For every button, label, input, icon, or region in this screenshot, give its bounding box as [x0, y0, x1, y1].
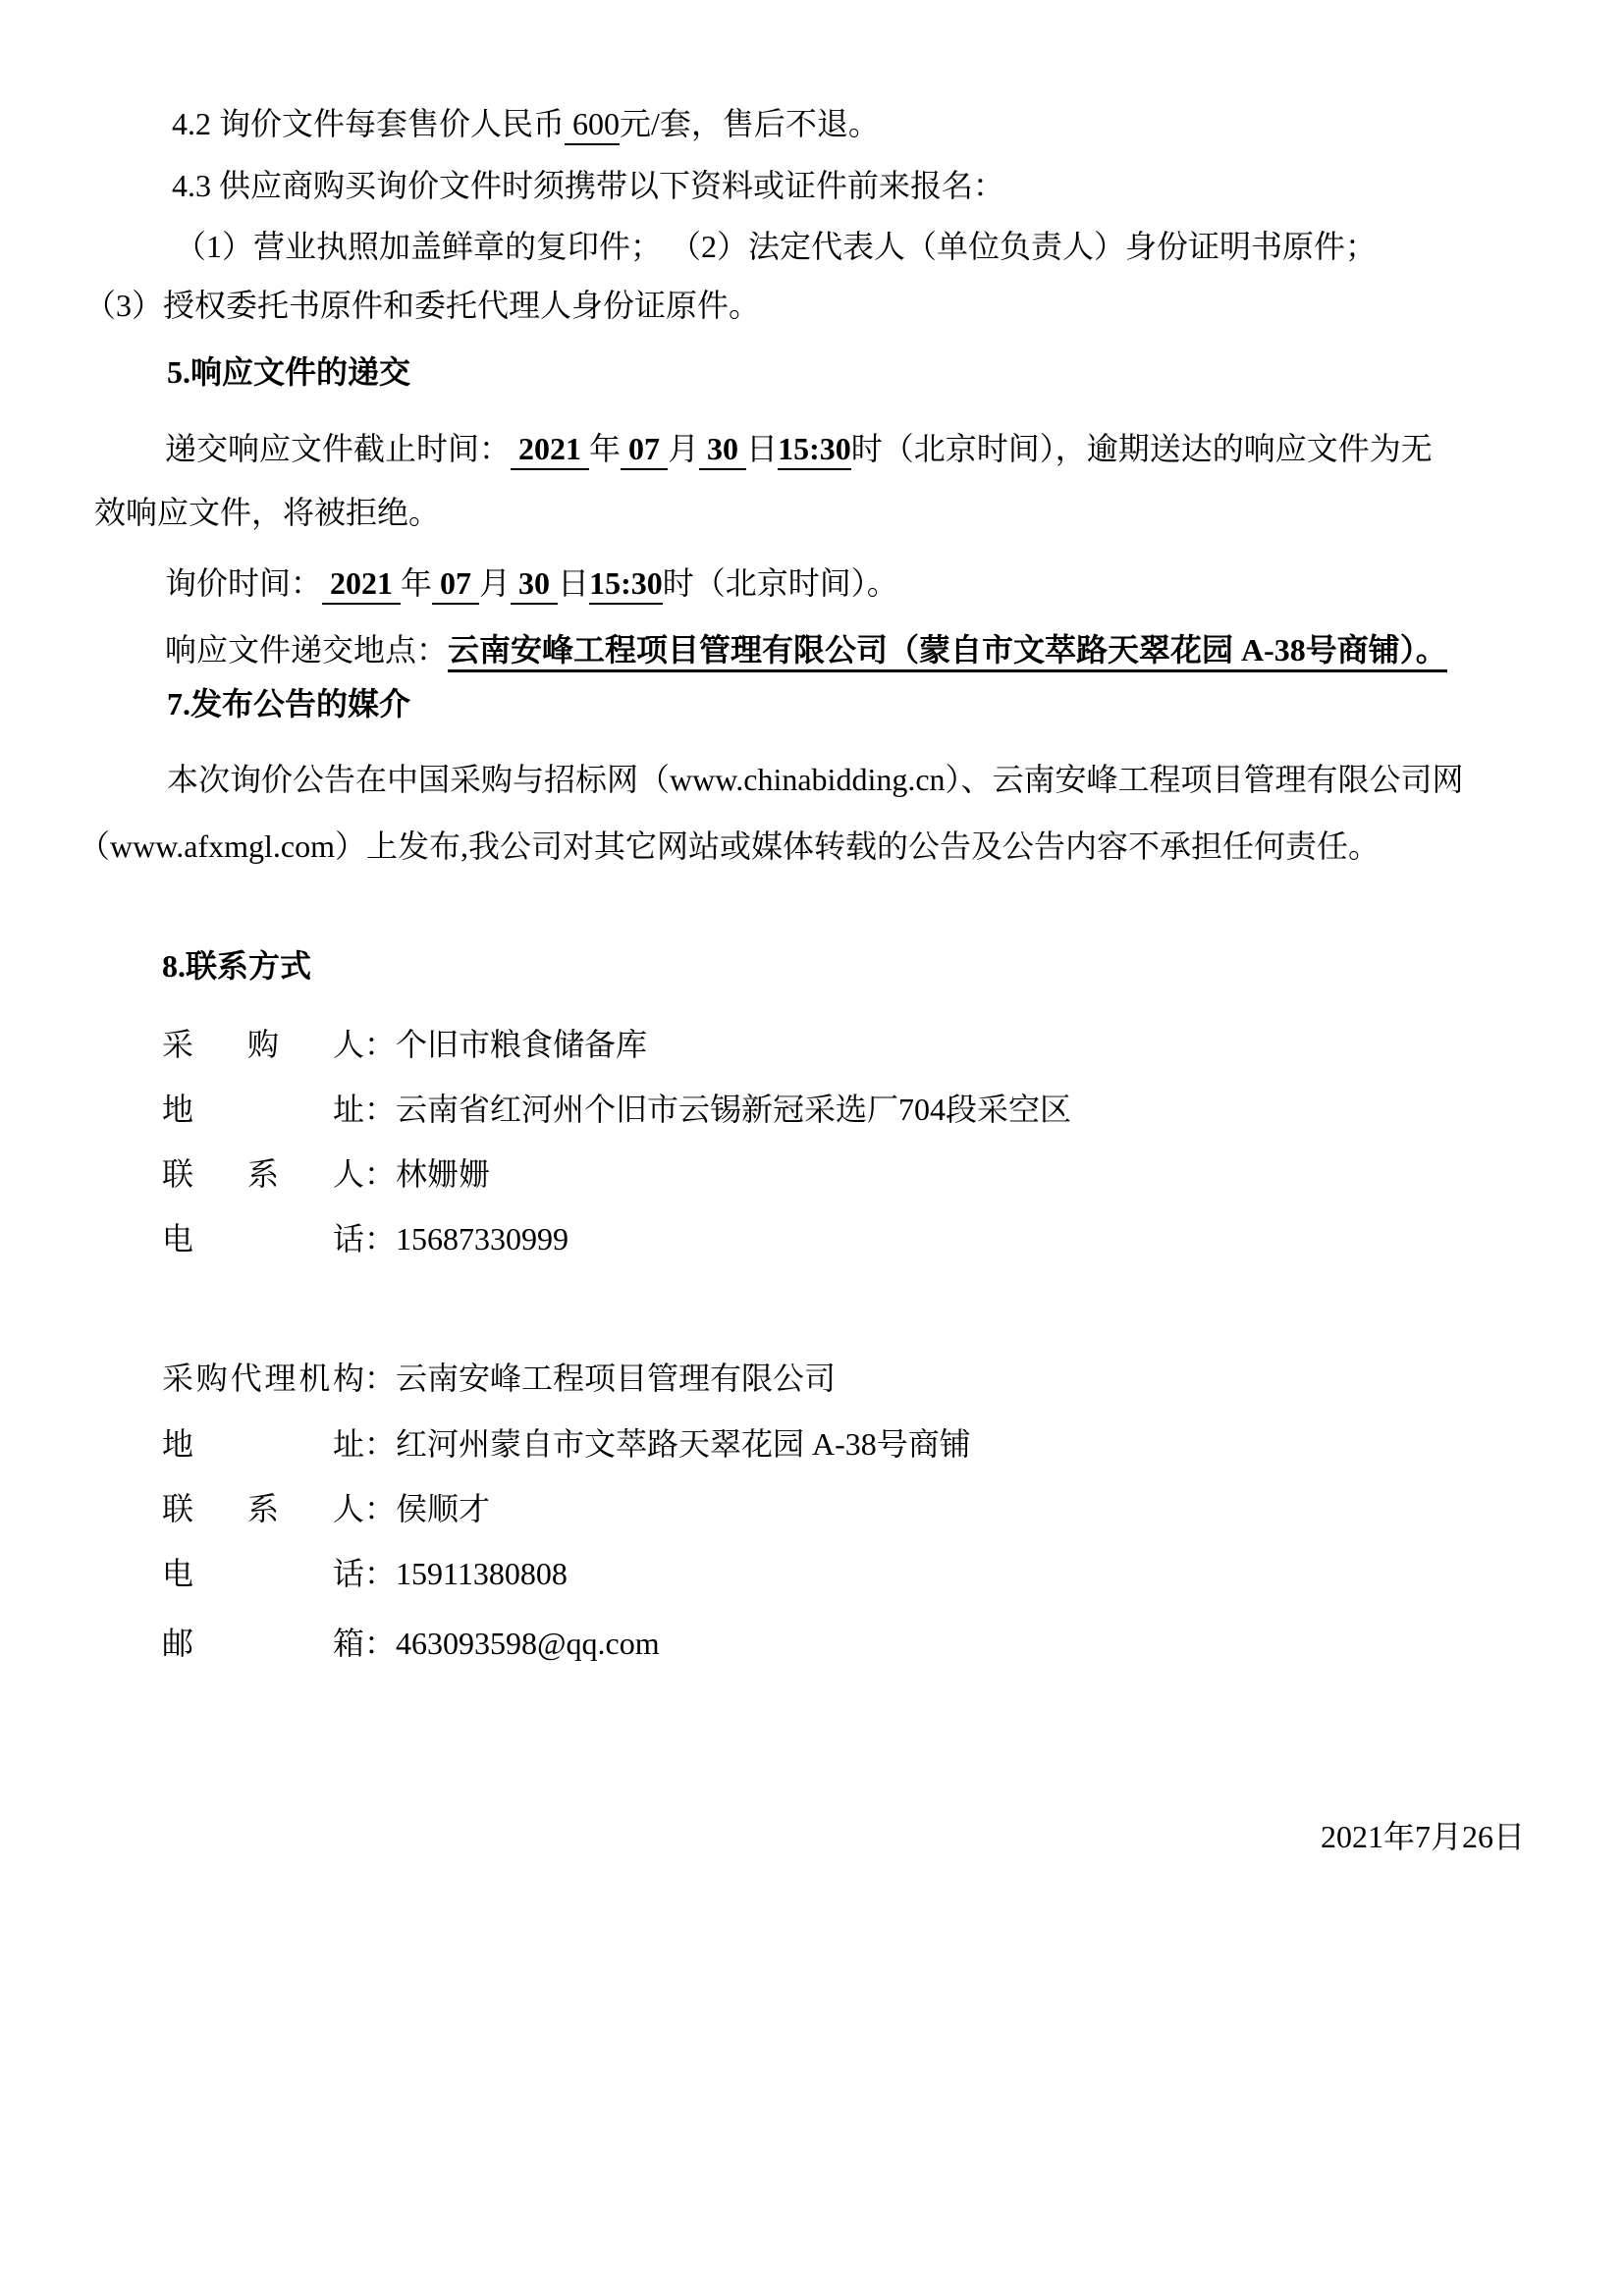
deadline-day-unit: 日: [746, 431, 778, 466]
section-5-heading: 5.响应文件的递交: [167, 352, 410, 392]
deadline-day: 30: [699, 431, 746, 470]
announcement-media-line-1: 本次询价公告在中国采购与招标网（www.chinabidding.cn）、云南安…: [167, 760, 1464, 799]
agency-contact-person-value: 侯顺才: [396, 1491, 490, 1526]
inquiry-time-value: 15:30: [589, 565, 663, 605]
inquiry-time-label: 询价时间：: [165, 565, 322, 601]
purchaser-contact-person-label: 联系人: [162, 1154, 364, 1194]
inquiry-day-unit: 日: [558, 565, 589, 601]
purchaser-contact-person-value: 林姗姗: [396, 1156, 490, 1192]
clause-4-3: 4.3 供应商购买询价文件时须携带以下资料或证件前来报名：: [172, 166, 1004, 205]
section-7-heading: 7.发布公告的媒介: [167, 684, 410, 723]
required-documents-line-1-text: （1）营业执照加盖鲜章的复印件； （2）法定代表人（单位负责人）身份证明书原件；: [175, 229, 1377, 264]
purchaser-name-row: 采购人：个旧市粮食储备库: [162, 1025, 647, 1064]
inquiry-time-suffix: （北京时间）。: [694, 565, 898, 601]
agency-name-label: 采购代理机构: [162, 1359, 364, 1398]
colon: ：: [364, 1092, 396, 1127]
announcement-media-line-2-text: （www.afxmgl.com）上发布,我公司对其它网站或媒体转载的公告及公告内…: [79, 828, 1380, 864]
agency-phone-row: 电话：15911380808: [162, 1554, 568, 1593]
agency-name-row: 采购代理机构：云南安峰工程项目管理有限公司: [162, 1359, 836, 1398]
submission-place-line: 响应文件递交地点：云南安峰工程项目管理有限公司（蒙自市文萃路天翠花园 A-38号…: [165, 630, 1447, 669]
submission-place-value: 云南安峰工程项目管理有限公司（蒙自市文萃路天翠花园 A-38号商铺）。: [448, 632, 1447, 672]
section-5-heading-text: 5.响应文件的递交: [167, 354, 410, 390]
purchaser-address-row: 地址：云南省红河州个旧市云锡新冠采选厂704段采空区: [162, 1090, 1071, 1129]
purchaser-name-label: 采购人: [162, 1025, 364, 1064]
deadline-month-unit: 月: [668, 431, 699, 466]
inquiry-year: 2021: [322, 565, 401, 605]
purchaser-name-value: 个旧市粮食储备库: [396, 1027, 647, 1062]
agency-phone-label: 电话: [162, 1554, 364, 1593]
agency-address-label: 地址: [162, 1424, 364, 1464]
deadline-time: 15:30: [778, 431, 851, 470]
agency-address-row: 地址：红河州蒙自市文萃路天翠花园 A-38号商铺: [162, 1424, 971, 1464]
agency-email-row: 邮箱：463093598@qq.com: [162, 1624, 660, 1663]
inquiry-month-unit: 月: [479, 565, 511, 601]
required-documents-line-2-text: （3）授权委托书原件和委托代理人身份证原件。: [84, 288, 760, 323]
agency-address-value: 红河州蒙自市文萃路天翠花园 A-38号商铺: [396, 1426, 971, 1462]
deadline-year: 2021: [511, 431, 589, 470]
clause-4-3-text: 4.3 供应商购买询价文件时须携带以下资料或证件前来报名：: [172, 168, 1004, 203]
agency-contact-person-label: 联系人: [162, 1489, 364, 1528]
colon: ：: [364, 1491, 396, 1526]
announcement-media-line-1-text: 本次询价公告在中国采购与招标网（www.chinabidding.cn）、云南安…: [167, 762, 1464, 797]
inquiry-month: 07: [432, 565, 479, 605]
required-documents-line-1: （1）营业执照加盖鲜章的复印件； （2）法定代表人（单位负责人）身份证明书原件；: [175, 227, 1377, 266]
announcement-media-line-2: （www.afxmgl.com）上发布,我公司对其它网站或媒体转载的公告及公告内…: [79, 827, 1380, 866]
section-7-heading-text: 7.发布公告的媒介: [167, 686, 410, 721]
clause-4-2-tail: 元/套，售后不退。: [620, 106, 880, 141]
required-documents-line-2: （3）授权委托书原件和委托代理人身份证原件。: [84, 286, 760, 325]
colon: ：: [364, 1156, 396, 1192]
submission-deadline-line: 递交响应文件截止时间： 2021 年 07 月 30 日15:30时（北京时间）…: [165, 429, 1433, 468]
clause-4-2-text: 4.2 询价文件每套售价人民币: [172, 106, 565, 141]
colon: ：: [364, 1626, 396, 1661]
submission-place-label: 响应文件递交地点：: [165, 632, 448, 667]
purchaser-phone-label: 电话: [162, 1219, 364, 1258]
agency-contact-person-row: 联系人：侯顺才: [162, 1489, 490, 1528]
agency-phone-value: 15911380808: [396, 1556, 568, 1591]
colon: ：: [364, 1221, 396, 1256]
purchaser-phone-value: 15687330999: [396, 1221, 568, 1256]
purchaser-phone-row: 电话：15687330999: [162, 1219, 568, 1258]
deadline-month: 07: [621, 431, 668, 470]
section-8-heading-text: 8.联系方式: [162, 948, 311, 984]
clause-4-2: 4.2 询价文件每套售价人民币 600元/套，售后不退。: [172, 104, 880, 143]
colon: ：: [364, 1556, 396, 1591]
colon: ：: [364, 1361, 396, 1396]
inquiry-time-line: 询价时间： 2021 年 07 月 30 日15:30时（北京时间）。: [165, 563, 898, 603]
colon: ：: [364, 1027, 396, 1062]
document-page: 4.2 询价文件每套售价人民币 600元/套，售后不退。 4.3 供应商购买询价…: [0, 0, 1624, 2296]
inquiry-year-unit: 年: [401, 565, 432, 601]
colon: ：: [364, 1426, 396, 1462]
inquiry-time-unit: 时: [663, 565, 694, 601]
section-8-heading: 8.联系方式: [162, 946, 311, 986]
purchaser-address-label: 地址: [162, 1090, 364, 1129]
purchaser-address-value: 云南省红河州个旧市云锡新冠采选厂704段采空区: [396, 1092, 1071, 1127]
inquiry-day: 30: [511, 565, 558, 605]
agency-email-value: 463093598@qq.com: [396, 1626, 660, 1661]
deadline-time-unit: 时: [851, 431, 883, 466]
agency-name-value: 云南安峰工程项目管理有限公司: [396, 1361, 836, 1396]
deadline-year-unit: 年: [589, 431, 621, 466]
document-price-underlined: 600: [565, 106, 620, 145]
agency-email-label: 邮箱: [162, 1624, 364, 1663]
submission-deadline-continuation: 效响应文件，将被拒绝。: [94, 493, 440, 532]
submission-deadline-continuation-text: 效响应文件，将被拒绝。: [94, 495, 440, 530]
document-date-text: 2021年7月26日: [1321, 1819, 1525, 1854]
deadline-suffix: （北京时间），逾期送达的响应文件为无: [883, 431, 1433, 466]
document-date: 2021年7月26日: [0, 1812, 1525, 1857]
deadline-label: 递交响应文件截止时间：: [165, 431, 511, 466]
purchaser-contact-person-row: 联系人：林姗姗: [162, 1154, 490, 1194]
